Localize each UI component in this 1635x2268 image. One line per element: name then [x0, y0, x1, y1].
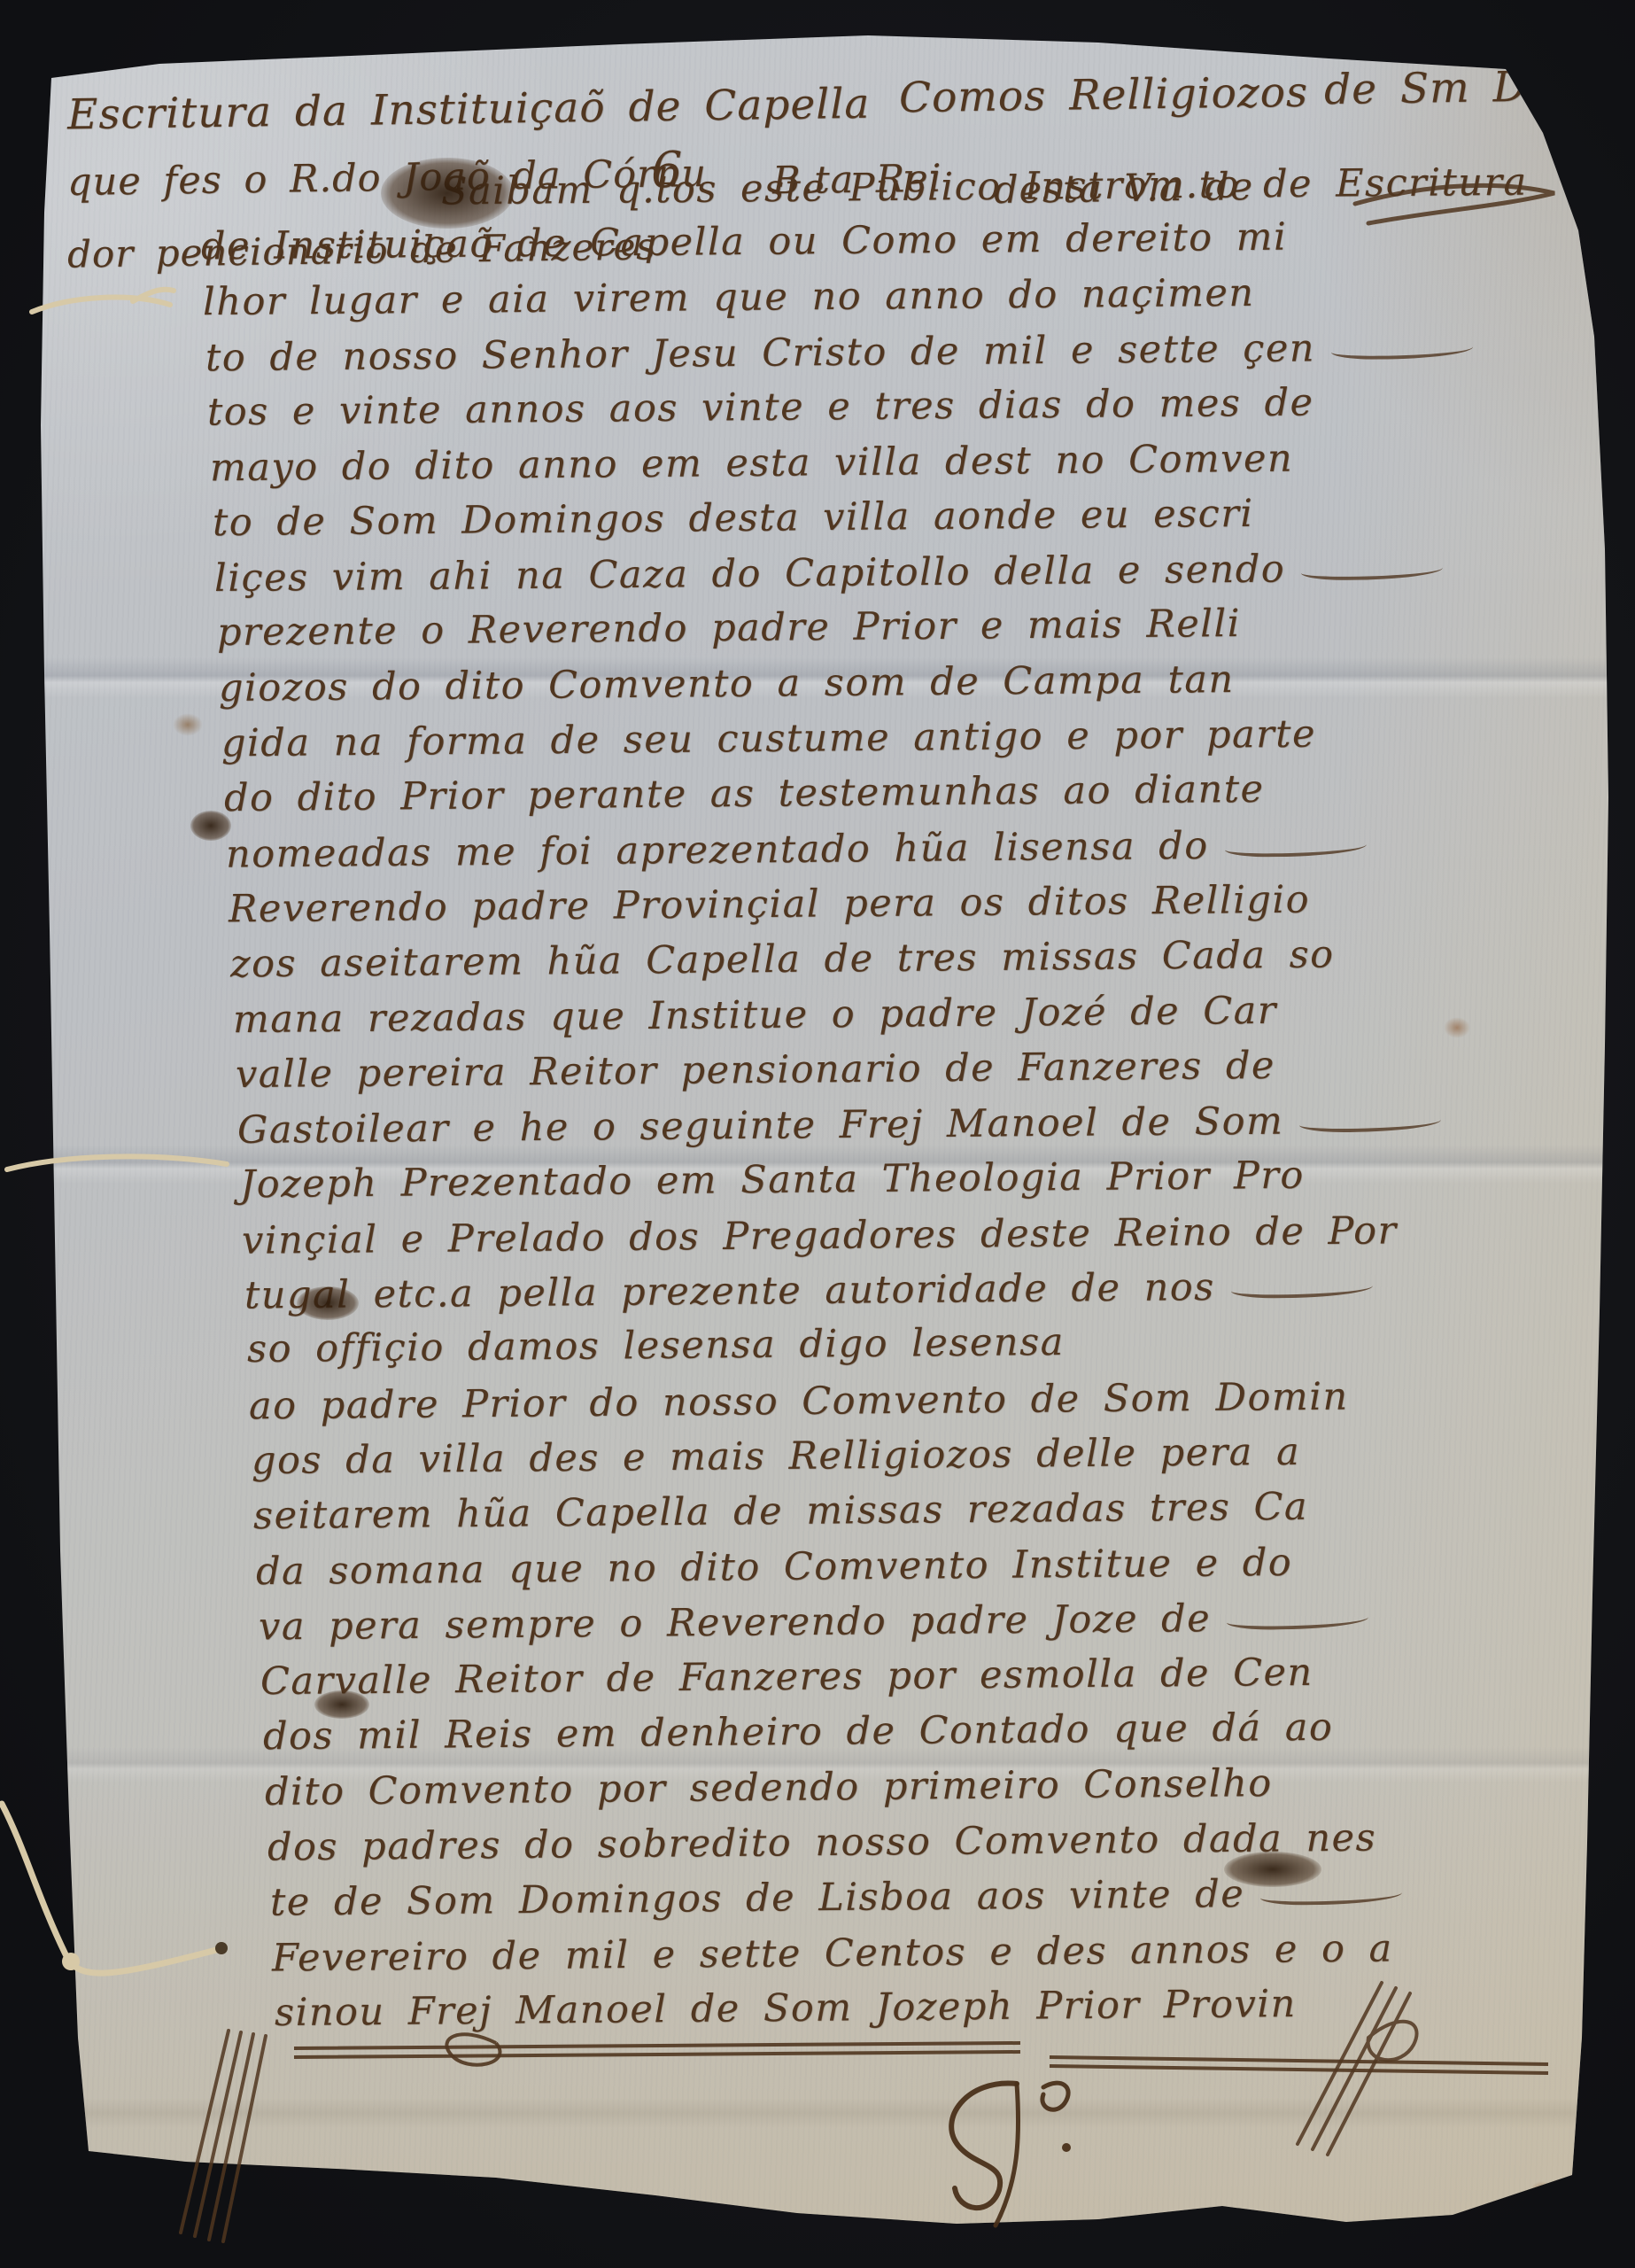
- manuscript-line: de Instituiçaõ de Capella ou Como em der…: [200, 215, 1287, 269]
- manuscript-line: seitarem hũa Capella de missas rezadas t…: [253, 1485, 1308, 1538]
- manuscript-paper: Escritura da Instituiçaõ de Capella Como…: [0, 0, 1635, 2268]
- manuscript-line: dos padres do sobredito nosso Comvento d…: [267, 1816, 1376, 1870]
- header-title-segment: Escritura da Instituiçaõ de Capella: [67, 80, 871, 140]
- manuscript-line: Gastoilear e he o seguinte Frej Manoel d…: [237, 1098, 1442, 1153]
- manuscript-line: sinou Frej Manoel de Som Jozeph Prior Pr…: [275, 1982, 1297, 2035]
- manuscript-line: to de nosso Senhor Jesu Cristo de mil e …: [205, 325, 1473, 380]
- manuscript-line: nomeadas me foi aprezentado hũa lisensa …: [226, 822, 1367, 876]
- manuscript-line: vinçial e Prelado dos Pregadores deste R…: [242, 1208, 1398, 1262]
- manuscript-line: Carvalle Reitor de Fanzeres por esmolla …: [260, 1651, 1313, 1704]
- manuscript-line: mana rezadas que Institue o padre Jozé d…: [233, 988, 1277, 1041]
- rust-stain: [1444, 1017, 1470, 1038]
- manuscript-line: Saibam q.tos este Publico Instrom.to de …: [441, 160, 1528, 214]
- manuscript-line: valle pereira Reitor pensionario de Fanz…: [235, 1044, 1275, 1097]
- rust-stain: [173, 713, 203, 736]
- manuscript-line: ao padre Prior do nosso Comvento de Som …: [249, 1374, 1349, 1428]
- manuscript-line: te de Som Domingos de Lisboa aos vinte d…: [269, 1871, 1402, 1925]
- photo-of-manuscript: { "photo": { "background_color": "#14151…: [0, 0, 1635, 2268]
- manuscript-line: tos e vinte annos aos vinte e tres dias …: [207, 381, 1314, 435]
- manuscript-line: va pera sempre o Reverendo padre Joze de: [258, 1595, 1368, 1649]
- manuscript-line: Fevereiro de mil e sette Centos e des an…: [272, 1926, 1393, 1980]
- manuscript-line: so offiçio damos lesensa digo lesensa: [246, 1320, 1064, 1371]
- header-title-segment: Comos Relligiozos: [899, 68, 1309, 122]
- manuscript-line: gida na forma de seu custume antigo e po…: [221, 712, 1316, 766]
- manuscript-line: lhor lugar e aia virem que no anno do na…: [203, 270, 1255, 323]
- manuscript-line: do dito Prior perante as testemunhas ao …: [223, 767, 1264, 820]
- manuscript-line: liçes vim ahi na Caza do Capitollo della…: [214, 546, 1444, 601]
- manuscript-line: da somana que no dito Comvento Institue …: [256, 1540, 1293, 1593]
- manuscript-line: tugal etc.a pella prezente autoridade de…: [244, 1263, 1373, 1317]
- manuscript-line: dito Comvento por sedendo primeiro Conse…: [265, 1761, 1273, 1814]
- manuscript-line: zos aseitarem hũa Capella de tres missas…: [230, 933, 1335, 987]
- manuscript-line: dos mil Reis em denheiro de Contado que …: [263, 1705, 1334, 1759]
- header-title-segment: de Sm D.os: [1324, 62, 1589, 114]
- fold-crease-bottom: [0, 2098, 1635, 2128]
- manuscript-line: to de Som Domingos desta villa aonde eu …: [212, 492, 1253, 545]
- manuscript-line: mayo do dito anno em esta villa dest no …: [210, 436, 1294, 490]
- manuscript-line: Reverendo padre Provinçial pera os ditos…: [229, 878, 1310, 932]
- manuscript-line: prezente o Reverendo padre Prior e mais …: [217, 602, 1241, 655]
- rust-stain: [1530, 2181, 1554, 2199]
- manuscript-line: gos da villa des e mais Relligiozos dell…: [252, 1430, 1301, 1483]
- manuscript-line: giozos do dito Comvento a som de Campa t…: [219, 657, 1235, 711]
- manuscript-line: Jozeph Prezentado em Santa Theologia Pri…: [240, 1153, 1305, 1207]
